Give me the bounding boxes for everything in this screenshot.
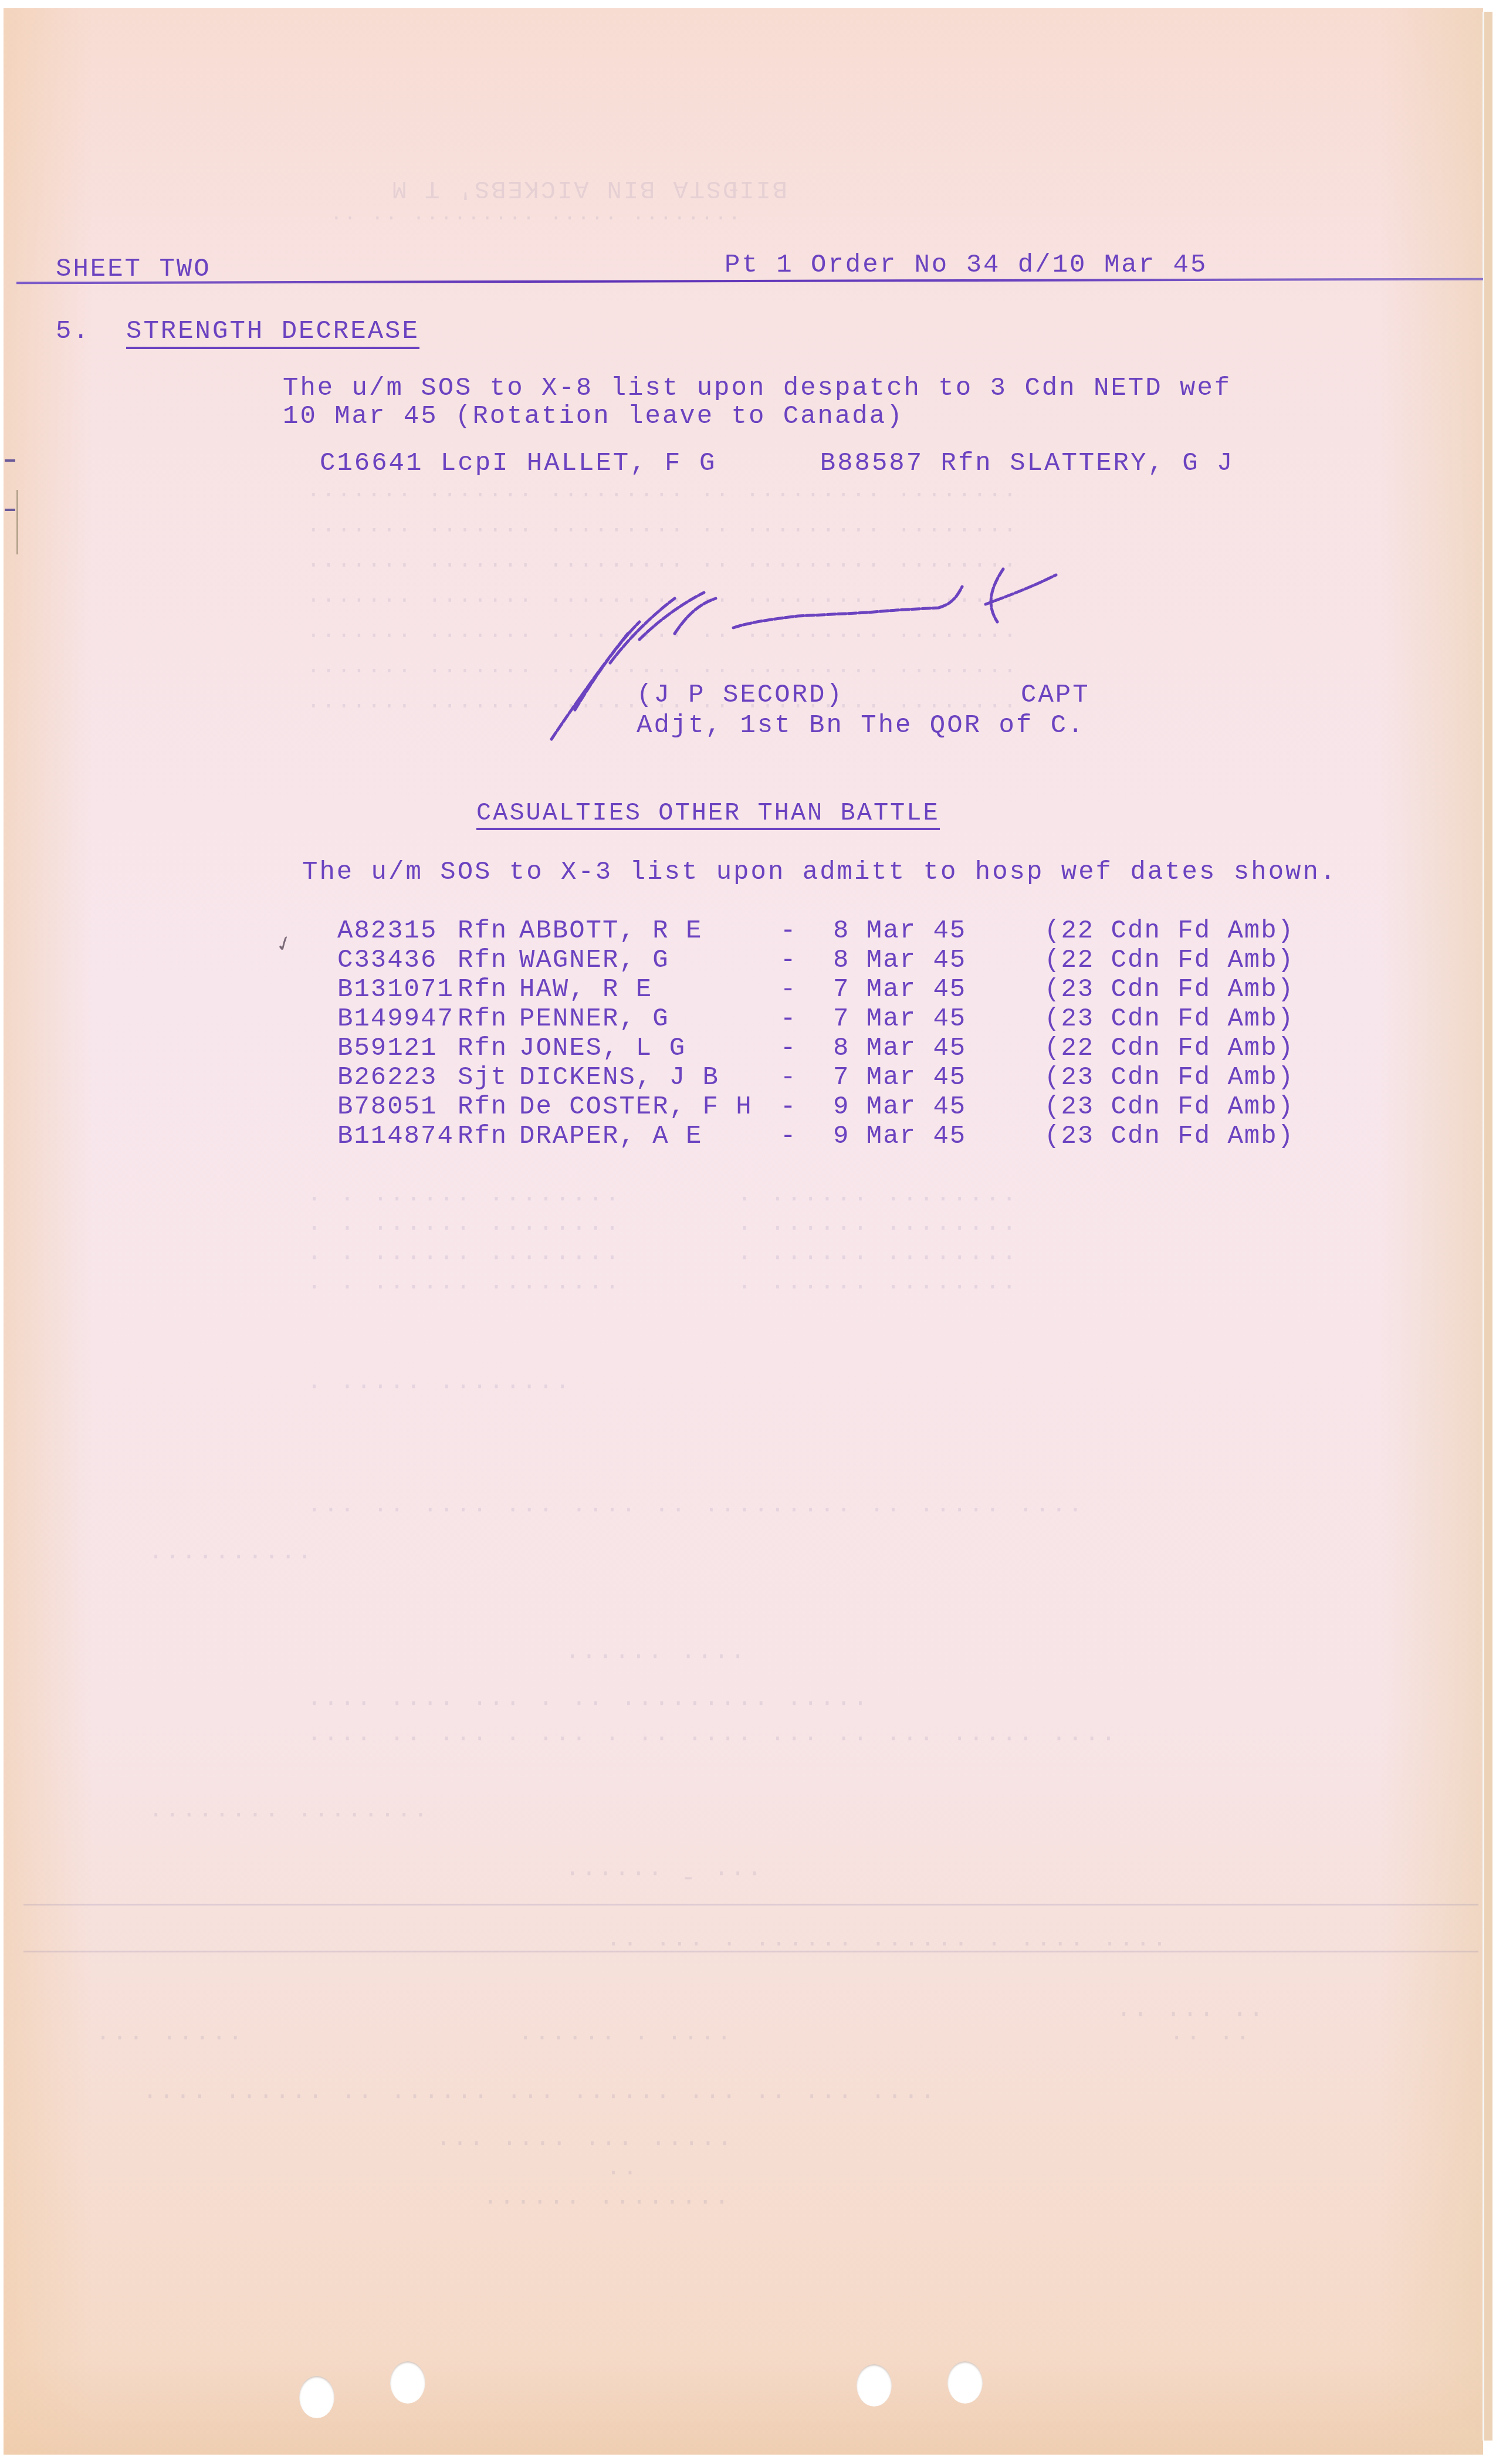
service-number: B149947 — [337, 1006, 454, 1032]
rank: Rfn — [458, 1094, 507, 1120]
table-row: C33436 Rfn WAGNER, G - 8 Mar 45 (22 Cdn … — [337, 947, 1335, 977]
sheet-label: SHEET TWO — [56, 256, 211, 282]
name: DICKENS, J B — [519, 1065, 719, 1091]
strength-decrease-personnel: C16641 LcpI HALLET, F G B88587 Rfn SLATT… — [320, 451, 1234, 476]
separator: - — [780, 1094, 797, 1120]
section-body-line-2: 10 Mar 45 (Rotation leave to Canada) — [283, 404, 904, 429]
separator: - — [780, 947, 797, 973]
service-number: B26223 — [337, 1065, 437, 1091]
signatory-name: (J P SECORD) — [637, 682, 844, 708]
date: 9 Mar 45 — [833, 1123, 966, 1149]
margin-mark — [5, 459, 15, 462]
punch-hole — [390, 2361, 425, 2404]
margin-mark — [5, 509, 15, 511]
unit: (22 Cdn Fd Amb) — [1044, 947, 1294, 973]
table-row: B26223 Sjt DICKENS, J B - 7 Mar 45 (23 C… — [337, 1065, 1335, 1094]
name: DRAPER, A E — [519, 1123, 702, 1149]
casualties-intro: The u/m SOS to X-3 list upon admitt to h… — [302, 859, 1337, 885]
unit: (23 Cdn Fd Amb) — [1044, 1006, 1294, 1032]
unit: (22 Cdn Fd Amb) — [1044, 918, 1294, 944]
unit: (22 Cdn Fd Amb) — [1044, 1035, 1294, 1061]
separator: - — [780, 918, 797, 944]
name: De COSTER, F H — [519, 1094, 753, 1120]
punch-hole — [947, 2361, 983, 2404]
punch-hole — [299, 2376, 334, 2418]
date: 8 Mar 45 — [833, 1035, 966, 1061]
unit: (23 Cdn Fd Amb) — [1044, 1065, 1294, 1091]
paper-edge — [1483, 12, 1492, 2441]
order-reference: Pt 1 Order No 34 d/10 Mar 45 — [725, 252, 1207, 278]
separator: - — [780, 977, 797, 1003]
service-number: B78051 — [337, 1094, 437, 1120]
casualties-title: CASUALTIES OTHER THAN BATTLE — [476, 801, 940, 830]
name: WAGNER, G — [519, 947, 669, 973]
signatory-appointment: Adjt, 1st Bn The QOR of C. — [637, 713, 1085, 739]
service-number: C33436 — [337, 947, 437, 973]
rank: Rfn — [458, 947, 507, 973]
table-row: A82315 Rfn ABBOTT, R E - 8 Mar 45 (22 Cd… — [337, 918, 1335, 947]
table-row: B131071 Rfn HAW, R E - 7 Mar 45 (23 Cdn … — [337, 977, 1335, 1006]
separator: - — [780, 1123, 797, 1149]
service-number: B131071 — [337, 977, 454, 1003]
date: 8 Mar 45 — [833, 918, 966, 944]
name: PENNER, G — [519, 1006, 669, 1032]
rank: Rfn — [458, 1123, 507, 1149]
date: 7 Mar 45 — [833, 1006, 966, 1032]
rank: Rfn — [458, 1006, 507, 1032]
date: 7 Mar 45 — [833, 1065, 966, 1091]
section-number: 5. — [56, 319, 90, 344]
rank: Rfn — [458, 1035, 507, 1061]
table-row: B78051 Rfn De COSTER, F H - 9 Mar 45 (23… — [337, 1094, 1335, 1123]
separator: - — [780, 1035, 797, 1061]
unit: (23 Cdn Fd Amb) — [1044, 1094, 1294, 1120]
rank: Rfn — [458, 918, 507, 944]
table-row: B149947 Rfn PENNER, G - 7 Mar 45 (23 Cdn… — [337, 1006, 1335, 1035]
name: ABBOTT, R E — [519, 918, 702, 944]
rank: Sjt — [458, 1065, 507, 1091]
service-number: A82315 — [337, 918, 437, 944]
name: HAW, R E — [519, 977, 652, 1003]
table-row: B114874 Rfn DRAPER, A E - 9 Mar 45 (23 C… — [337, 1123, 1335, 1153]
rank: Rfn — [458, 977, 507, 1003]
section-title: STRENGTH DECREASE — [126, 319, 419, 349]
signatory-rank: CAPT — [1021, 682, 1090, 708]
separator: - — [780, 1006, 797, 1032]
separator: - — [780, 1065, 797, 1091]
name: JONES, L G — [519, 1035, 686, 1061]
unit: (23 Cdn Fd Amb) — [1044, 1123, 1294, 1149]
punch-hole — [857, 2364, 892, 2407]
service-number: B59121 — [337, 1035, 437, 1061]
pencil-margin-line — [16, 490, 18, 554]
section-body-line-1: The u/m SOS to X-8 list upon despatch to… — [283, 375, 1231, 401]
date: 8 Mar 45 — [833, 947, 966, 973]
table-row: B59121 Rfn JONES, L G - 8 Mar 45 (22 Cdn… — [337, 1035, 1335, 1065]
date: 7 Mar 45 — [833, 977, 966, 1003]
date: 9 Mar 45 — [833, 1094, 966, 1120]
unit: (23 Cdn Fd Amb) — [1044, 977, 1294, 1003]
service-number: B114874 — [337, 1123, 454, 1149]
